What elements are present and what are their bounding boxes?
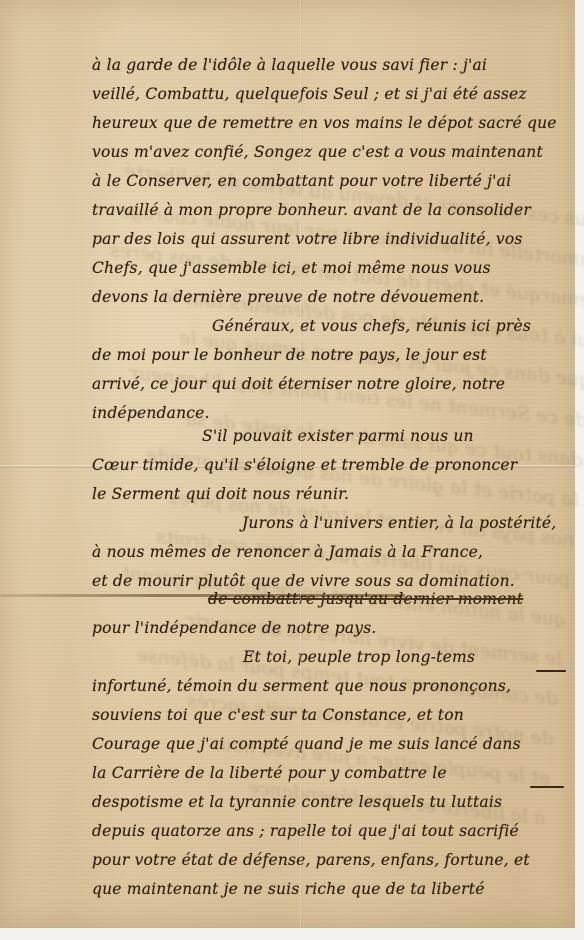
manuscript-line: Et toi, peuple trop long-tems: [243, 648, 475, 666]
manuscript-line: souviens toi que c'est sur ta Constance,…: [92, 706, 464, 724]
manuscript-line: indépendance.: [92, 404, 210, 422]
manuscript-line: que maintenant je ne suis riche que de t…: [92, 880, 485, 898]
line-end-dash: [530, 786, 564, 788]
manuscript-line: S'il pouvait exister parmi nous un: [202, 427, 474, 445]
manuscript-line: veillé, Combattu, quelquefois Seul ; et …: [92, 85, 527, 103]
manuscript-line: à le Conserver, en combattant pour votre…: [92, 172, 511, 190]
manuscript-line: Courage que j'ai compté quand je me suis…: [92, 735, 521, 753]
handwritten-text: à la garde de l'idôle à laquelle vous sa…: [0, 0, 575, 928]
manuscript-line: heureux que de remettre en vos mains le …: [92, 114, 557, 132]
manuscript-line: à la garde de l'idôle à laquelle vous sa…: [92, 56, 487, 74]
manuscript-line: travaillé à mon propre bonheur. avant de…: [92, 201, 531, 219]
manuscript-line: par des lois qui assurent votre libre in…: [92, 230, 523, 248]
manuscript-line: à nous mêmes de renoncer à Jamais à la F…: [92, 543, 483, 561]
manuscript-page: sous ces auspices et devenu au terme de …: [0, 0, 575, 928]
manuscript-line: arrivé, ce jour qui doit éterniser notre…: [92, 375, 505, 393]
line-end-dash: [536, 670, 566, 672]
manuscript-line: Jurons à l'univers entier, à la postérit…: [242, 514, 556, 532]
manuscript-line: Généraux, et vous chefs, réunis ici près: [212, 317, 531, 335]
manuscript-line: vous m'avez confié, Songez que c'est a v…: [92, 143, 543, 161]
manuscript-line: Cœur timide, qu'il s'éloigne et tremble …: [92, 456, 517, 474]
manuscript-line: despotisme et la tyrannie contre lesquel…: [92, 793, 502, 811]
manuscript-line: le Serment qui doit nous réunir.: [92, 485, 349, 503]
manuscript-line: pour l'indépendance de notre pays.: [92, 619, 377, 637]
manuscript-line: devons la dernière preuve de notre dévou…: [92, 288, 484, 306]
manuscript-line: pour votre état de défense, parens, enfa…: [92, 851, 530, 869]
manuscript-line: Chefs, que j'assemble ici, et moi même n…: [92, 259, 491, 277]
struck-manuscript-line: de combattre jusqu'au dernier moment: [208, 590, 523, 608]
manuscript-line: infortuné, témoin du serment que nous pr…: [92, 677, 511, 695]
manuscript-line: depuis quatorze ans ; rapelle toi que j'…: [92, 822, 519, 840]
manuscript-line: de moi pour le bonheur de notre pays, le…: [92, 346, 487, 364]
manuscript-line: et de mourir plutôt que de vivre sous sa…: [92, 572, 515, 590]
manuscript-line: la Carrière de la liberté pour y combatt…: [92, 764, 447, 782]
